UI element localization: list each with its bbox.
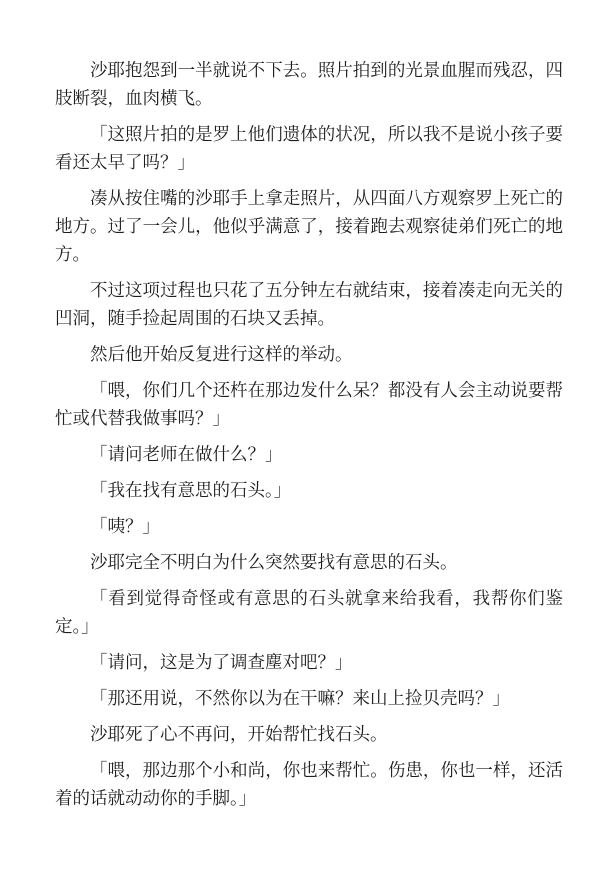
paragraph-13: 「那还用说，不然你以为在干嘛？来山上捡贝壳吗？」 [55, 684, 563, 712]
paragraph-15: 「喂，那边那个小和尚，你也来帮忙。伤患，你也一样，还活着的话就动动你的手脚。」 [55, 756, 563, 812]
paragraph-1: 沙耶抱怨到一半就说不下去。照片拍到的光景血腥而残忍，四肢断裂，血肉横飞。 [55, 56, 563, 112]
paragraph-10: 沙耶完全不明白为什么突然要找有意思的石头。 [55, 548, 563, 576]
paragraph-5: 然后他开始反复进行这样的举动。 [55, 340, 563, 368]
paragraph-7: 「请问老师在做什么？」 [55, 440, 563, 468]
paragraph-14: 沙耶死了心不再问，开始帮忙找石头。 [55, 720, 563, 748]
paragraph-8: 「我在找有意思的石头。」 [55, 476, 563, 504]
paragraph-2: 「这照片拍的是罗上他们遗体的状况，所以我不是说小孩子要看还太早了吗？」 [55, 120, 563, 176]
paragraph-12: 「请问，这是为了调查塵对吧？」 [55, 648, 563, 676]
novel-text-page: 沙耶抱怨到一半就说不下去。照片拍到的光景血腥而残忍，四肢断裂，血肉横飞。 「这照… [0, 0, 613, 869]
paragraph-9: 「咦？」 [55, 512, 563, 540]
paragraph-6: 「喂，你们几个还杵在那边发什么呆？都没有人会主动说要帮忙或代替我做事吗？」 [55, 376, 563, 432]
paragraph-11: 「看到觉得奇怪或有意思的石头就拿来给我看，我帮你们鉴定。」 [55, 584, 563, 640]
paragraph-4: 不过这项过程也只花了五分钟左右就结束，接着凑走向无关的凹洞，随手捡起周围的石块又… [55, 276, 563, 332]
paragraph-3: 凑从按住嘴的沙耶手上拿走照片，从四面八方观察罗上死亡的地方。过了一会儿，他似乎满… [55, 184, 563, 268]
